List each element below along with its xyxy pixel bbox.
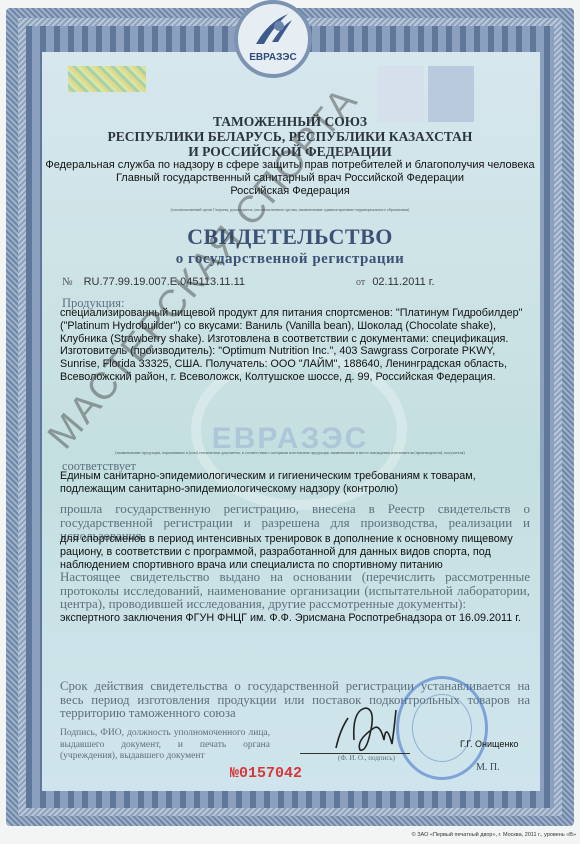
issue-date: 02.11.2011 г. [372, 276, 434, 288]
form-serial-number: №0157042 [230, 765, 302, 782]
basis-document: экспертного заключения ФГУН ФНЦГ им. Ф.Ф… [60, 612, 530, 625]
document-title: СВИДЕТЕЛЬСТВО [0, 224, 580, 250]
issue-date-row: от 02.11.2011 г. [356, 276, 435, 288]
usage-scope: для спортсменов в период интенсивных тре… [60, 533, 530, 571]
product-caption: (наименование продукции, нормативные и (… [0, 450, 580, 455]
number-sign: № [62, 276, 73, 288]
printer-footer: © ЗАО «Первый печатный двор», г. Москва,… [412, 832, 576, 838]
signatory-name: Г.Г. Онищенко [460, 739, 518, 749]
evrazes-logo-icon [254, 12, 294, 46]
date-prefix: от [356, 277, 365, 288]
hologram-strip [68, 66, 146, 92]
signature-label: Подпись, ФИО, должность уполномоченного … [60, 728, 270, 763]
authority-caption: (уполномоченный орган Стороны, руководит… [0, 207, 580, 212]
document-subtitle: о государственной регистрации [0, 251, 580, 268]
signature-caption: (Ф. И. О., подпись) [338, 754, 395, 762]
compliance-text: Единым санитарно-эпидемиологическим и ги… [60, 470, 530, 496]
evrazes-emblem: ЕВРАЗЭС [228, 0, 318, 80]
emblem-label: ЕВРАЗЭС [228, 52, 318, 63]
union-title: ТАМОЖЕННЫЙ СОЮЗ [0, 114, 580, 130]
seal-mark: М. П. [476, 762, 500, 773]
basis-statement: Настоящее свидетельство выдано на основа… [60, 570, 530, 611]
official-seal-inner [412, 694, 472, 762]
signature-icon [330, 700, 420, 760]
